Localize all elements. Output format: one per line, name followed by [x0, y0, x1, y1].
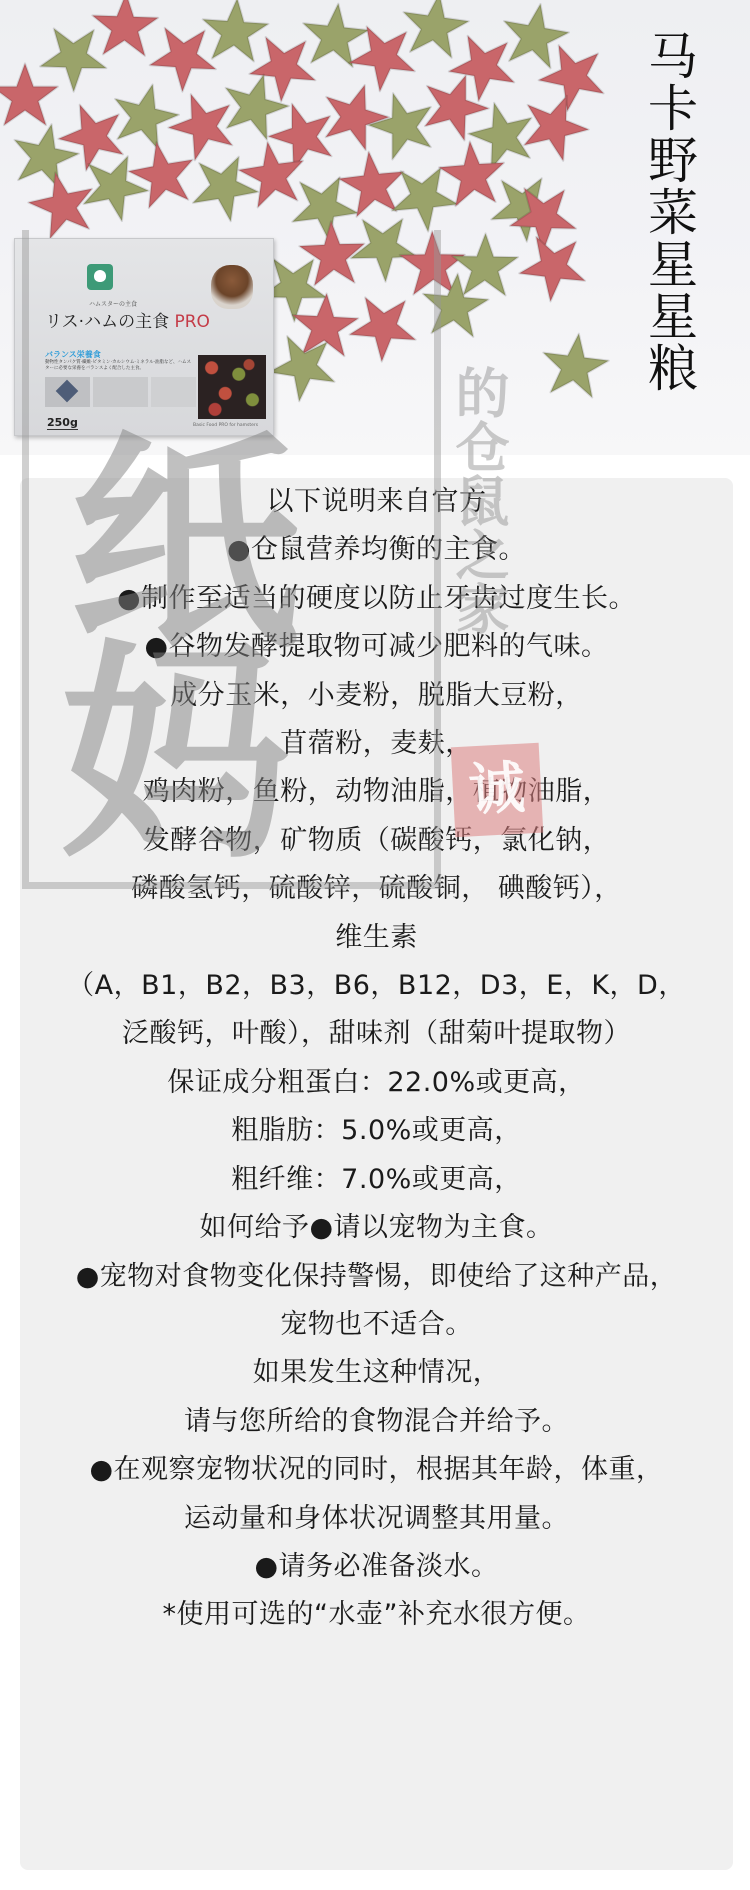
line-source-note: 以下说明来自官方	[20, 478, 733, 526]
nutrition-diamond-chart	[45, 377, 90, 407]
line-ingredients-2: 苜蓿粉，麦麸，	[20, 720, 733, 768]
star-food-icon	[536, 326, 614, 404]
line-amount-2: 运动量和身体状况调整其用量。	[20, 1495, 733, 1543]
line-fat: 粗脂肪：5.0%或更高，	[20, 1107, 733, 1155]
line-water-bottle-tip: *使用可选的“水壶”补充水很方便。	[20, 1591, 733, 1639]
line-ingredients-4: 发酵谷物，矿物质（碳酸钙，氯化钠，	[20, 817, 733, 865]
line-bullet-balanced: ●仓鼠营养均衡的主食。	[20, 526, 733, 574]
line-protein: 保证成分粗蛋白：22.0%或更高，	[20, 1059, 733, 1107]
line-bullet-odor: ●谷物发酵提取物可减少肥料的气味。	[20, 623, 733, 671]
package-title-pro: PRO	[174, 312, 209, 332]
star-food-icon	[417, 267, 493, 343]
line-ingredients-3: 鸡肉粉，鱼粉，动物油脂，植物油脂，	[20, 768, 733, 816]
food-closeup-image	[198, 355, 266, 419]
line-bullet-hardness: ●制作至适当的硬度以防止牙齿过度生长。	[20, 575, 733, 623]
line-ingredients-1: 成分玉米，小麦粉，脱脂大豆粉，	[20, 672, 733, 720]
line-how-to-feed: 如何给予●请以宠物为主食。	[20, 1204, 733, 1252]
hero-photo: 马卡野菜星星粮 ハムスターの主食 リス·ハムの主食 PRO バランス栄養食 動物…	[0, 0, 750, 455]
hamster-image	[211, 265, 253, 309]
package-title: リス·ハムの主食 PRO	[45, 307, 210, 332]
line-ingredients-5: 磷酸氢钙，硫酸锌，硫酸铜， 碘酸钙），	[20, 865, 733, 913]
line-water: ●请务必准备淡水。	[20, 1543, 733, 1591]
feature-box	[151, 377, 196, 407]
package-english-name: Basic Food PRO for hamsters	[193, 423, 258, 428]
brand-logo-icon	[87, 264, 113, 290]
line-fiber: 粗纤维：7.0%或更高，	[20, 1156, 733, 1204]
package-description: 動物性タンパク質·繊維·ビタミン·カルシウム·ミネラル·油脂など、ハムスターに必…	[45, 360, 195, 372]
product-title-vertical: 马卡野菜星星粮	[636, 30, 696, 394]
line-caution-4: 请与您所给的食物混合并给予。	[20, 1398, 733, 1446]
watermark-text: 的仓鼠之家	[456, 365, 516, 635]
package-weight: 250g	[47, 416, 78, 430]
watermark-seal: 诚	[451, 743, 544, 837]
line-caution-2: 宠物也不适合。	[20, 1301, 733, 1349]
nutrition-star-table	[93, 377, 148, 407]
line-vitamins-label: 维生素	[20, 914, 733, 962]
line-vitamins-extra: 泛酸钙，叶酸），甜味剂（甜菊叶提取物）	[20, 1010, 733, 1058]
product-package: ハムスターの主食 リス·ハムの主食 PRO バランス栄養食 動物性タンパク質·繊…	[14, 238, 274, 436]
line-caution-3: 如果发生这种情况，	[20, 1349, 733, 1397]
line-amount-1: ●在观察宠物状况的同时，根据其年龄，体重，	[20, 1446, 733, 1494]
package-tagline: バランス栄養食	[45, 349, 101, 360]
description-lines: 以下说明来自官方 ●仓鼠营养均衡的主食。 ●制作至适当的硬度以防止牙齿过度生长。…	[20, 478, 733, 1640]
line-caution-1: ●宠物对食物变化保持警惕，即使给了这种产品，	[20, 1253, 733, 1301]
line-vitamins-list: （A，B1，B2，B3，B6，B12，D3，E，K，D，	[20, 962, 733, 1010]
package-title-text: リス·ハムの主食	[45, 312, 169, 332]
